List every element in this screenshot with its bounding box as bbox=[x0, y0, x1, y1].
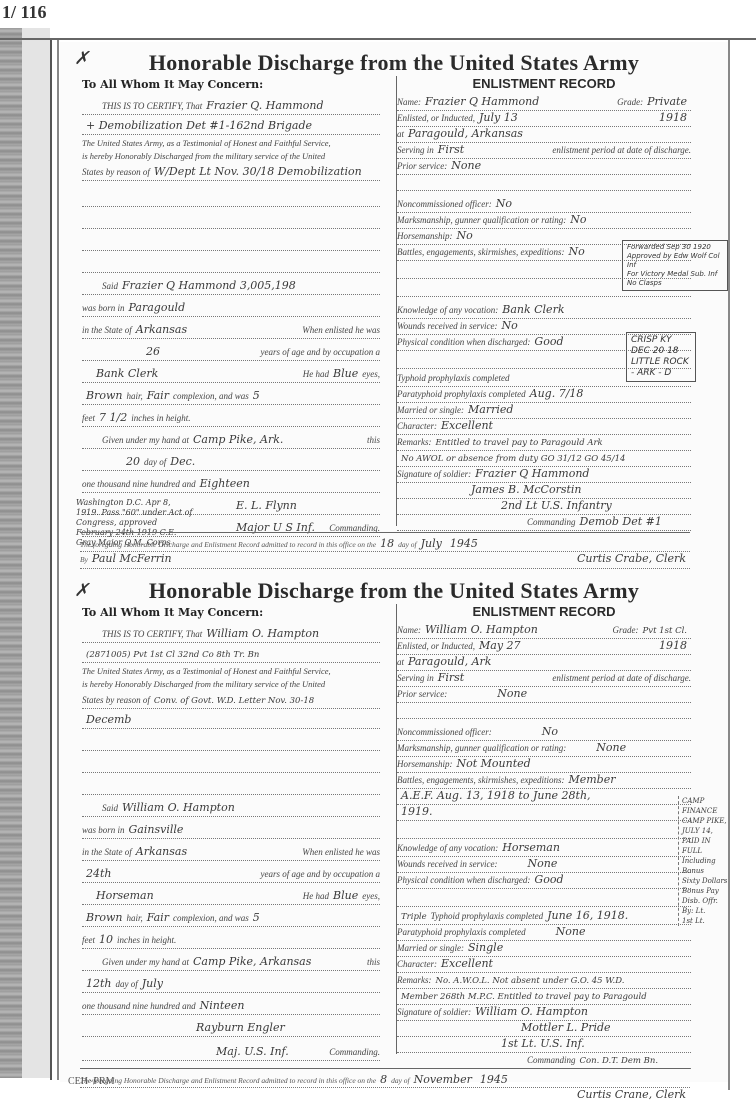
state-line: in the State ofArkansas When enlisted he… bbox=[82, 322, 380, 339]
er-married-line: Married or single:Single bbox=[397, 940, 691, 957]
er-wounds-line: Wounds received in service:None bbox=[397, 856, 691, 873]
er-name-line: Name:William O. HamptonGrade:Pvt 1st Cl. bbox=[397, 622, 691, 639]
record-line: The foregoing Honorable Discharge and En… bbox=[80, 1073, 690, 1088]
blank-line bbox=[397, 174, 691, 191]
er-character-line: Character:Excellent bbox=[397, 956, 691, 973]
hair-line: Brownhair,Faircomplexion, and was5 bbox=[82, 388, 380, 405]
certify-line: THIS IS TO CERTIFY, ThatFrazier Q. Hammo… bbox=[82, 98, 380, 115]
er-at-line: atParagould, Ark bbox=[397, 654, 691, 671]
blank-line bbox=[82, 212, 380, 229]
er-enlisted-line: Enlisted, or Inducted,May 271918 bbox=[397, 638, 691, 655]
crisp-stamp: CRISP KY DEC 20 18 LITTLE ROCK - ARK - D bbox=[626, 332, 696, 382]
record-line: The foregoing Honorable Discharge and En… bbox=[80, 537, 690, 552]
recording-section: The foregoing Honorable Discharge and En… bbox=[80, 1068, 690, 1102]
year-line: one thousand nine hundred andNinteen bbox=[82, 998, 380, 1015]
er-remarks-line: Remarks:Entitled to travel pay to Parago… bbox=[397, 434, 691, 451]
er-name-line: Name:Frazier Q HammondGrade:Private bbox=[397, 94, 691, 111]
concern-heading: To All Whom It May Concern: bbox=[82, 78, 380, 91]
year-line: one thousand nine hundred andEighteen bbox=[82, 476, 380, 493]
reason-line: States by reason ofConv. of Govt. W.D. L… bbox=[82, 692, 380, 709]
er-horsemanship-line: Horsemanship:Not Mounted bbox=[397, 756, 691, 773]
er-paratyphoid-line: Paratyphoid prophylaxis completedAug. 7/… bbox=[397, 386, 691, 403]
er-character-line: Character:Excellent bbox=[397, 418, 691, 435]
testimonial-2: is hereby Honorably Discharged from the … bbox=[82, 151, 325, 161]
certificate-title: Honorable Discharge from the United Stat… bbox=[60, 578, 728, 604]
er-vocation-line: Knowledge of any vocation:Bank Clerk bbox=[397, 302, 691, 319]
height-line: feet7 1/2inches in height. bbox=[82, 410, 380, 427]
day-line: 20day ofDec. bbox=[82, 454, 380, 471]
er-prior-line: Prior service:None bbox=[397, 686, 691, 703]
given-line: Given under my hand atCamp Pike, Arkansa… bbox=[82, 954, 380, 971]
er-marksmanship-line: Marksmanship, gunner qualification or ra… bbox=[397, 212, 691, 229]
day-line: 12thday ofJuly bbox=[82, 976, 380, 993]
soldier-name: William O. Hampton bbox=[206, 627, 319, 640]
occupation-line: Bank Clerk He hadBlueeyes, bbox=[82, 366, 380, 383]
er-vocation-line: Knowledge of any vocation:Horseman bbox=[397, 840, 691, 857]
er-married-line: Married or single:Married bbox=[397, 402, 691, 419]
record-by-line: ByPaul McFerrin Curtis Crabe, Clerk bbox=[80, 552, 690, 569]
born-line: was born inParagould bbox=[82, 300, 380, 317]
reason-line: States by reason ofW/Dept Lt Nov. 30/18 … bbox=[82, 164, 380, 181]
testimonial-1: The United States Army, as a Testimonial… bbox=[82, 138, 331, 148]
enlistment-record-section: ENLISTMENT RECORD Name:Frazier Q Hammond… bbox=[396, 76, 691, 526]
forwarded-stamp: Forwarded Sep 30 1920 Approved by Edw Wo… bbox=[622, 240, 728, 291]
er-officer-title: 2nd Lt U.S. Infantry bbox=[397, 498, 691, 515]
right-edge-line bbox=[728, 40, 730, 1090]
er-officer-name: James B. McCorstin bbox=[397, 482, 691, 499]
record-page: ✗ Honorable Discharge from the United St… bbox=[60, 42, 728, 1082]
er-signature-line: Signature of soldier:Frazier Q Hammond bbox=[397, 466, 691, 483]
given-line: Given under my hand atCamp Pike, Ark. th… bbox=[82, 432, 380, 449]
blank-line bbox=[397, 890, 691, 907]
page-number: 1/ 116 bbox=[2, 2, 47, 23]
testimonial-2: is hereby Honorably Discharged from the … bbox=[82, 679, 325, 689]
age-line: 26 years of age and by occupation a bbox=[82, 344, 380, 361]
er-prior-line: Prior service:None bbox=[397, 158, 691, 175]
page-edge bbox=[22, 28, 50, 1078]
top-rule bbox=[0, 38, 756, 40]
blank-line bbox=[397, 822, 691, 839]
camp-finance-note: CAMP FINANCE CAMP PIKE, JULY 14, PAID IN… bbox=[678, 796, 732, 926]
er-paratyphoid-line: Paratyphoid prophylaxis completedNone bbox=[397, 924, 691, 941]
born-line: was born inGainsville bbox=[82, 822, 380, 839]
book-binding bbox=[0, 28, 22, 1078]
er-battles-line: Battles, engagements, skirmishes, expedi… bbox=[397, 772, 691, 789]
er-enlisted-line: Enlisted, or Inducted,July 131918 bbox=[397, 110, 691, 127]
discharge-section: To All Whom It May Concern: THIS IS TO C… bbox=[82, 606, 380, 1066]
er-serving-line: Serving inFirstenlistment period at date… bbox=[397, 142, 691, 159]
footer-code: CEH~PRM bbox=[68, 1076, 115, 1087]
er-commanding-line: CommandingCon. D.T. Dem Bn. bbox=[397, 1052, 691, 1069]
reason-line-2: Decemb bbox=[82, 712, 380, 729]
blank-line bbox=[397, 702, 691, 719]
er-nco-line: Noncommissioned officer:No bbox=[397, 724, 691, 741]
blank-line bbox=[82, 234, 380, 251]
concern-heading: To All Whom It May Concern: bbox=[82, 606, 380, 619]
enlistment-record-title: ENLISTMENT RECORD bbox=[397, 604, 691, 619]
occupation-line: Horseman He hadBlueeyes, bbox=[82, 888, 380, 905]
unit-line: + Demobilization Det #1-162nd Brigade bbox=[82, 118, 380, 135]
age-line: 24th years of age and by occupation a bbox=[82, 866, 380, 883]
blank-line bbox=[82, 756, 380, 773]
unit-line: (2871005) Pvt 1st Cl 32nd Co 8th Tr. Bn bbox=[82, 646, 380, 663]
commander-name-line: Rayburn Engler bbox=[82, 1020, 380, 1037]
er-marksmanship-line: Marksmanship, gunner qualification or ra… bbox=[397, 740, 691, 757]
testimonial-1: The United States Army, as a Testimonial… bbox=[82, 666, 331, 676]
state-line: in the State ofArkansas When enlisted he… bbox=[82, 844, 380, 861]
margin-line-inner bbox=[57, 40, 59, 1080]
height-line: feet10inches in height. bbox=[82, 932, 380, 949]
discharge-certificate-1: ✗ Honorable Discharge from the United St… bbox=[60, 42, 728, 562]
er-commanding-line: CommandingDemob Det #1 bbox=[397, 514, 691, 531]
er-battles-line-2: A.E.F. Aug. 13, 1918 to June 28th, bbox=[397, 788, 691, 805]
er-physical-line: Physical condition when discharged:Good bbox=[397, 872, 691, 889]
er-officer-title: 1st Lt. U.S. Inf. bbox=[397, 1036, 691, 1053]
said-line: SaidFrazier Q Hammond 3,005,198 bbox=[82, 278, 380, 295]
discharge-certificate-2: ✗ Honorable Discharge from the United St… bbox=[60, 574, 728, 1084]
enlistment-record-title: ENLISTMENT RECORD bbox=[397, 76, 691, 91]
commander-title-line: Maj. U.S. Inf. Commanding. bbox=[82, 1044, 380, 1061]
er-battles-line-3: 1919. bbox=[397, 804, 691, 821]
blank-line bbox=[82, 190, 380, 207]
er-nco-line: Noncommissioned officer:No bbox=[397, 196, 691, 213]
soldier-name: Frazier Q. Hammond bbox=[206, 99, 323, 112]
er-officer-name: Mottler L. Pride bbox=[397, 1020, 691, 1037]
blank-line bbox=[82, 734, 380, 751]
blank-line bbox=[82, 778, 380, 795]
er-remarks-line-2: Member 268th M.P.C. Entitled to travel p… bbox=[397, 988, 691, 1005]
certificate-title: Honorable Discharge from the United Stat… bbox=[60, 50, 728, 76]
er-remarks-line: Remarks:No. A.W.O.L. Not absent under G.… bbox=[397, 972, 691, 989]
er-at-line: atParagould, Arkansas bbox=[397, 126, 691, 143]
said-line: SaidWilliam O. Hampton bbox=[82, 800, 380, 817]
discharge-section: To All Whom It May Concern: THIS IS TO C… bbox=[82, 78, 380, 538]
blank-line bbox=[82, 256, 380, 273]
enlistment-record-section: ENLISTMENT RECORD Name:William O. Hampto… bbox=[396, 604, 691, 1054]
margin-line bbox=[50, 40, 52, 1080]
er-typhoid-line: TripleTyphoid prophylaxis completedJune … bbox=[397, 908, 691, 925]
hair-line: Brownhair,Faircomplexion, and was5 bbox=[82, 910, 380, 927]
recording-section: The foregoing Honorable Discharge and En… bbox=[80, 532, 690, 569]
certify-line: THIS IS TO CERTIFY, ThatWilliam O. Hampt… bbox=[82, 626, 380, 643]
record-clerk-line: Curtis Crane, Clerk bbox=[80, 1088, 690, 1102]
er-signature-line: Signature of soldier:William O. Hampton bbox=[397, 1004, 691, 1021]
er-serving-line: Serving inFirstenlistment period at date… bbox=[397, 670, 691, 687]
er-remarks-line-2: No AWOL or absence from duty GO 31/12 GO… bbox=[397, 450, 691, 467]
